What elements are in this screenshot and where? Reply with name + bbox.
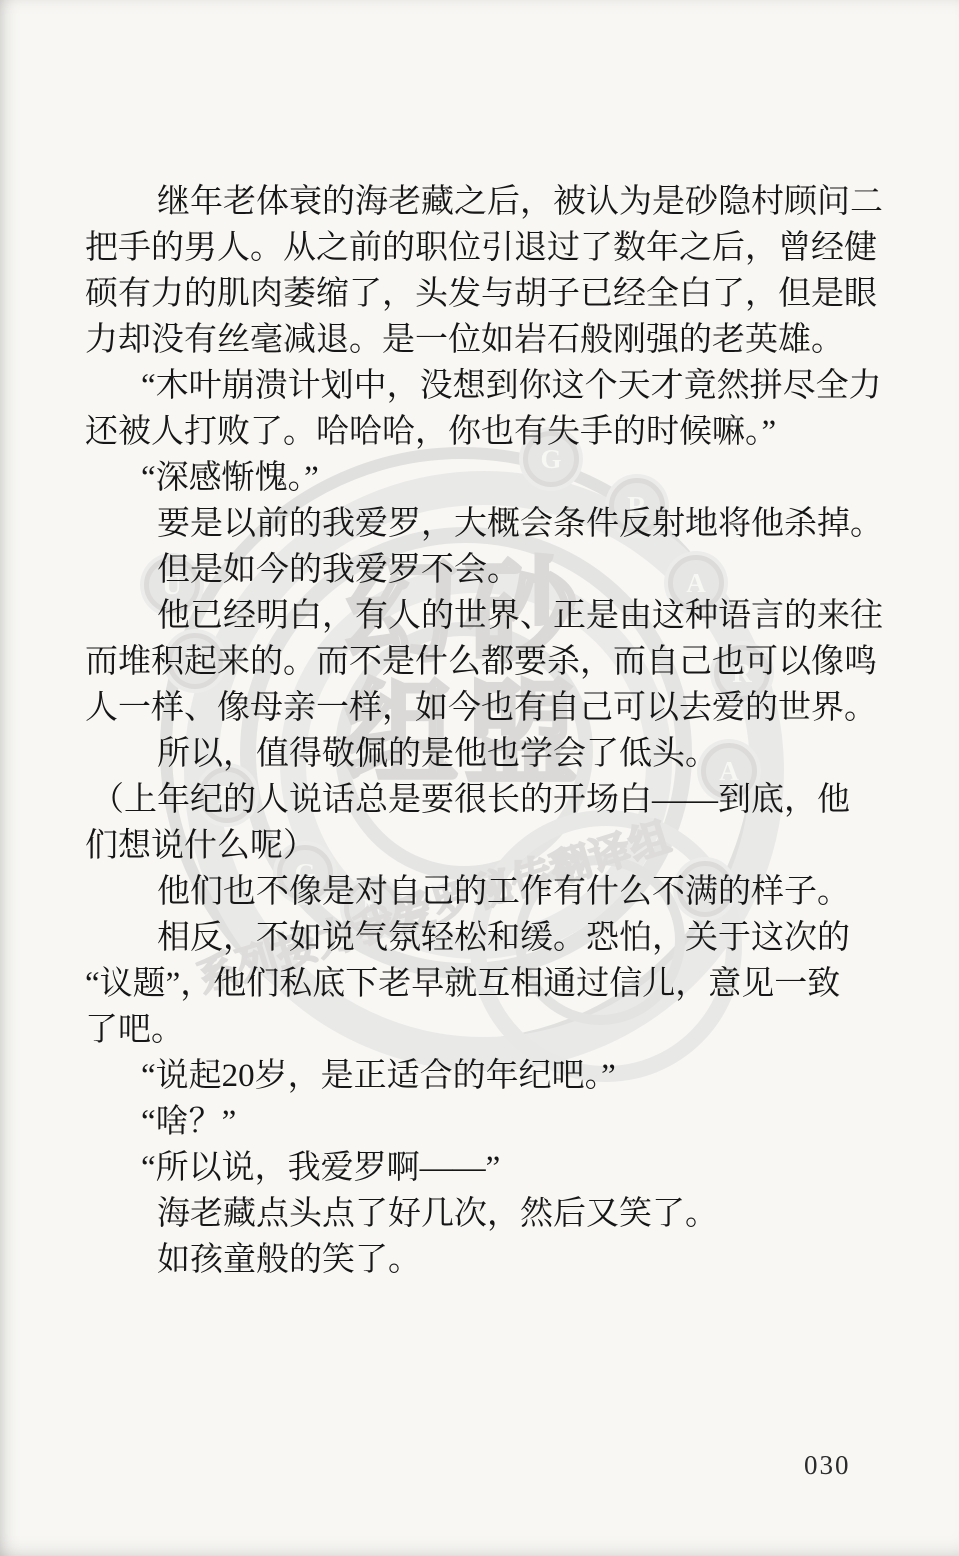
text-line: “深感惭愧。” xyxy=(85,455,885,501)
text-line: 如孩童般的笑了。 xyxy=(85,1237,885,1283)
text-line: “木叶崩溃计划中，没想到你这个天才竟然拼尽全力 xyxy=(85,363,885,409)
page-number: 030 xyxy=(804,1450,851,1481)
text-line: 还被人打败了。哈哈哈，你也有失手的时候嘛。” xyxy=(85,409,885,455)
text-line: 他们也不像是对自己的工作有什么不满的样子。 xyxy=(85,869,885,915)
text-line: 人一样、像母亲一样，如今也有自己可以去爱的世界。 xyxy=(85,685,885,731)
text-line: 所以，值得敬佩的是他也学会了低头。 xyxy=(85,731,885,777)
text-line: 他已经明白，有人的世界、正是由这种语言的来往 xyxy=(85,593,885,639)
text-line: 继年老体衰的海老藏之后，被认为是砂隐村顾问二 xyxy=(85,179,885,225)
text-line: 硕有力的肌肉萎缩了，头发与胡子已经全白了，但是眼 xyxy=(85,271,885,317)
text-line: “所以说，我爱罗啊——” xyxy=(85,1145,885,1191)
body-text: 继年老体衰的海老藏之后，被认为是砂隐村顾问二把手的男人。从之前的职位引退过了数年… xyxy=(85,179,885,1283)
text-line: 把手的男人。从之前的职位引退过了数年之后，曾经健 xyxy=(85,225,885,271)
text-line: 而堆积起来的。而不是什么都要杀，而自己也可以像鸣 xyxy=(85,639,885,685)
text-line: 相反，不如说气氛轻松和缓。恐怕，关于这次的 xyxy=(85,915,885,961)
text-line: “说起20岁，是正适合的年纪吧。” xyxy=(85,1053,885,1099)
text-line: 要是以前的我爱罗，大概会条件反射地将他杀掉。 xyxy=(85,501,885,547)
text-line: “啥？” xyxy=(85,1099,885,1145)
text-line: 们想说什么呢） xyxy=(85,823,885,869)
text-line: 但是如今的我爱罗不会。 xyxy=(85,547,885,593)
text-line: 了吧。 xyxy=(85,1007,885,1053)
text-line: 力却没有丝毫减退。是一位如岩石般刚强的老英雄。 xyxy=(85,317,885,363)
text-line: “议题”，他们私底下老早就互相通过信儿，意见一致 xyxy=(85,961,885,1007)
text-line: 海老藏点头点了好几次，然后又笑了。 xyxy=(85,1191,885,1237)
text-line: （上年纪的人说话总是要很长的开场白——到底，他 xyxy=(85,777,885,823)
book-page: 幻砂 组盟 GRARAANGERU 系列接力我爱罗秘传翻译组 继年老体衰的海老藏… xyxy=(0,0,959,1556)
